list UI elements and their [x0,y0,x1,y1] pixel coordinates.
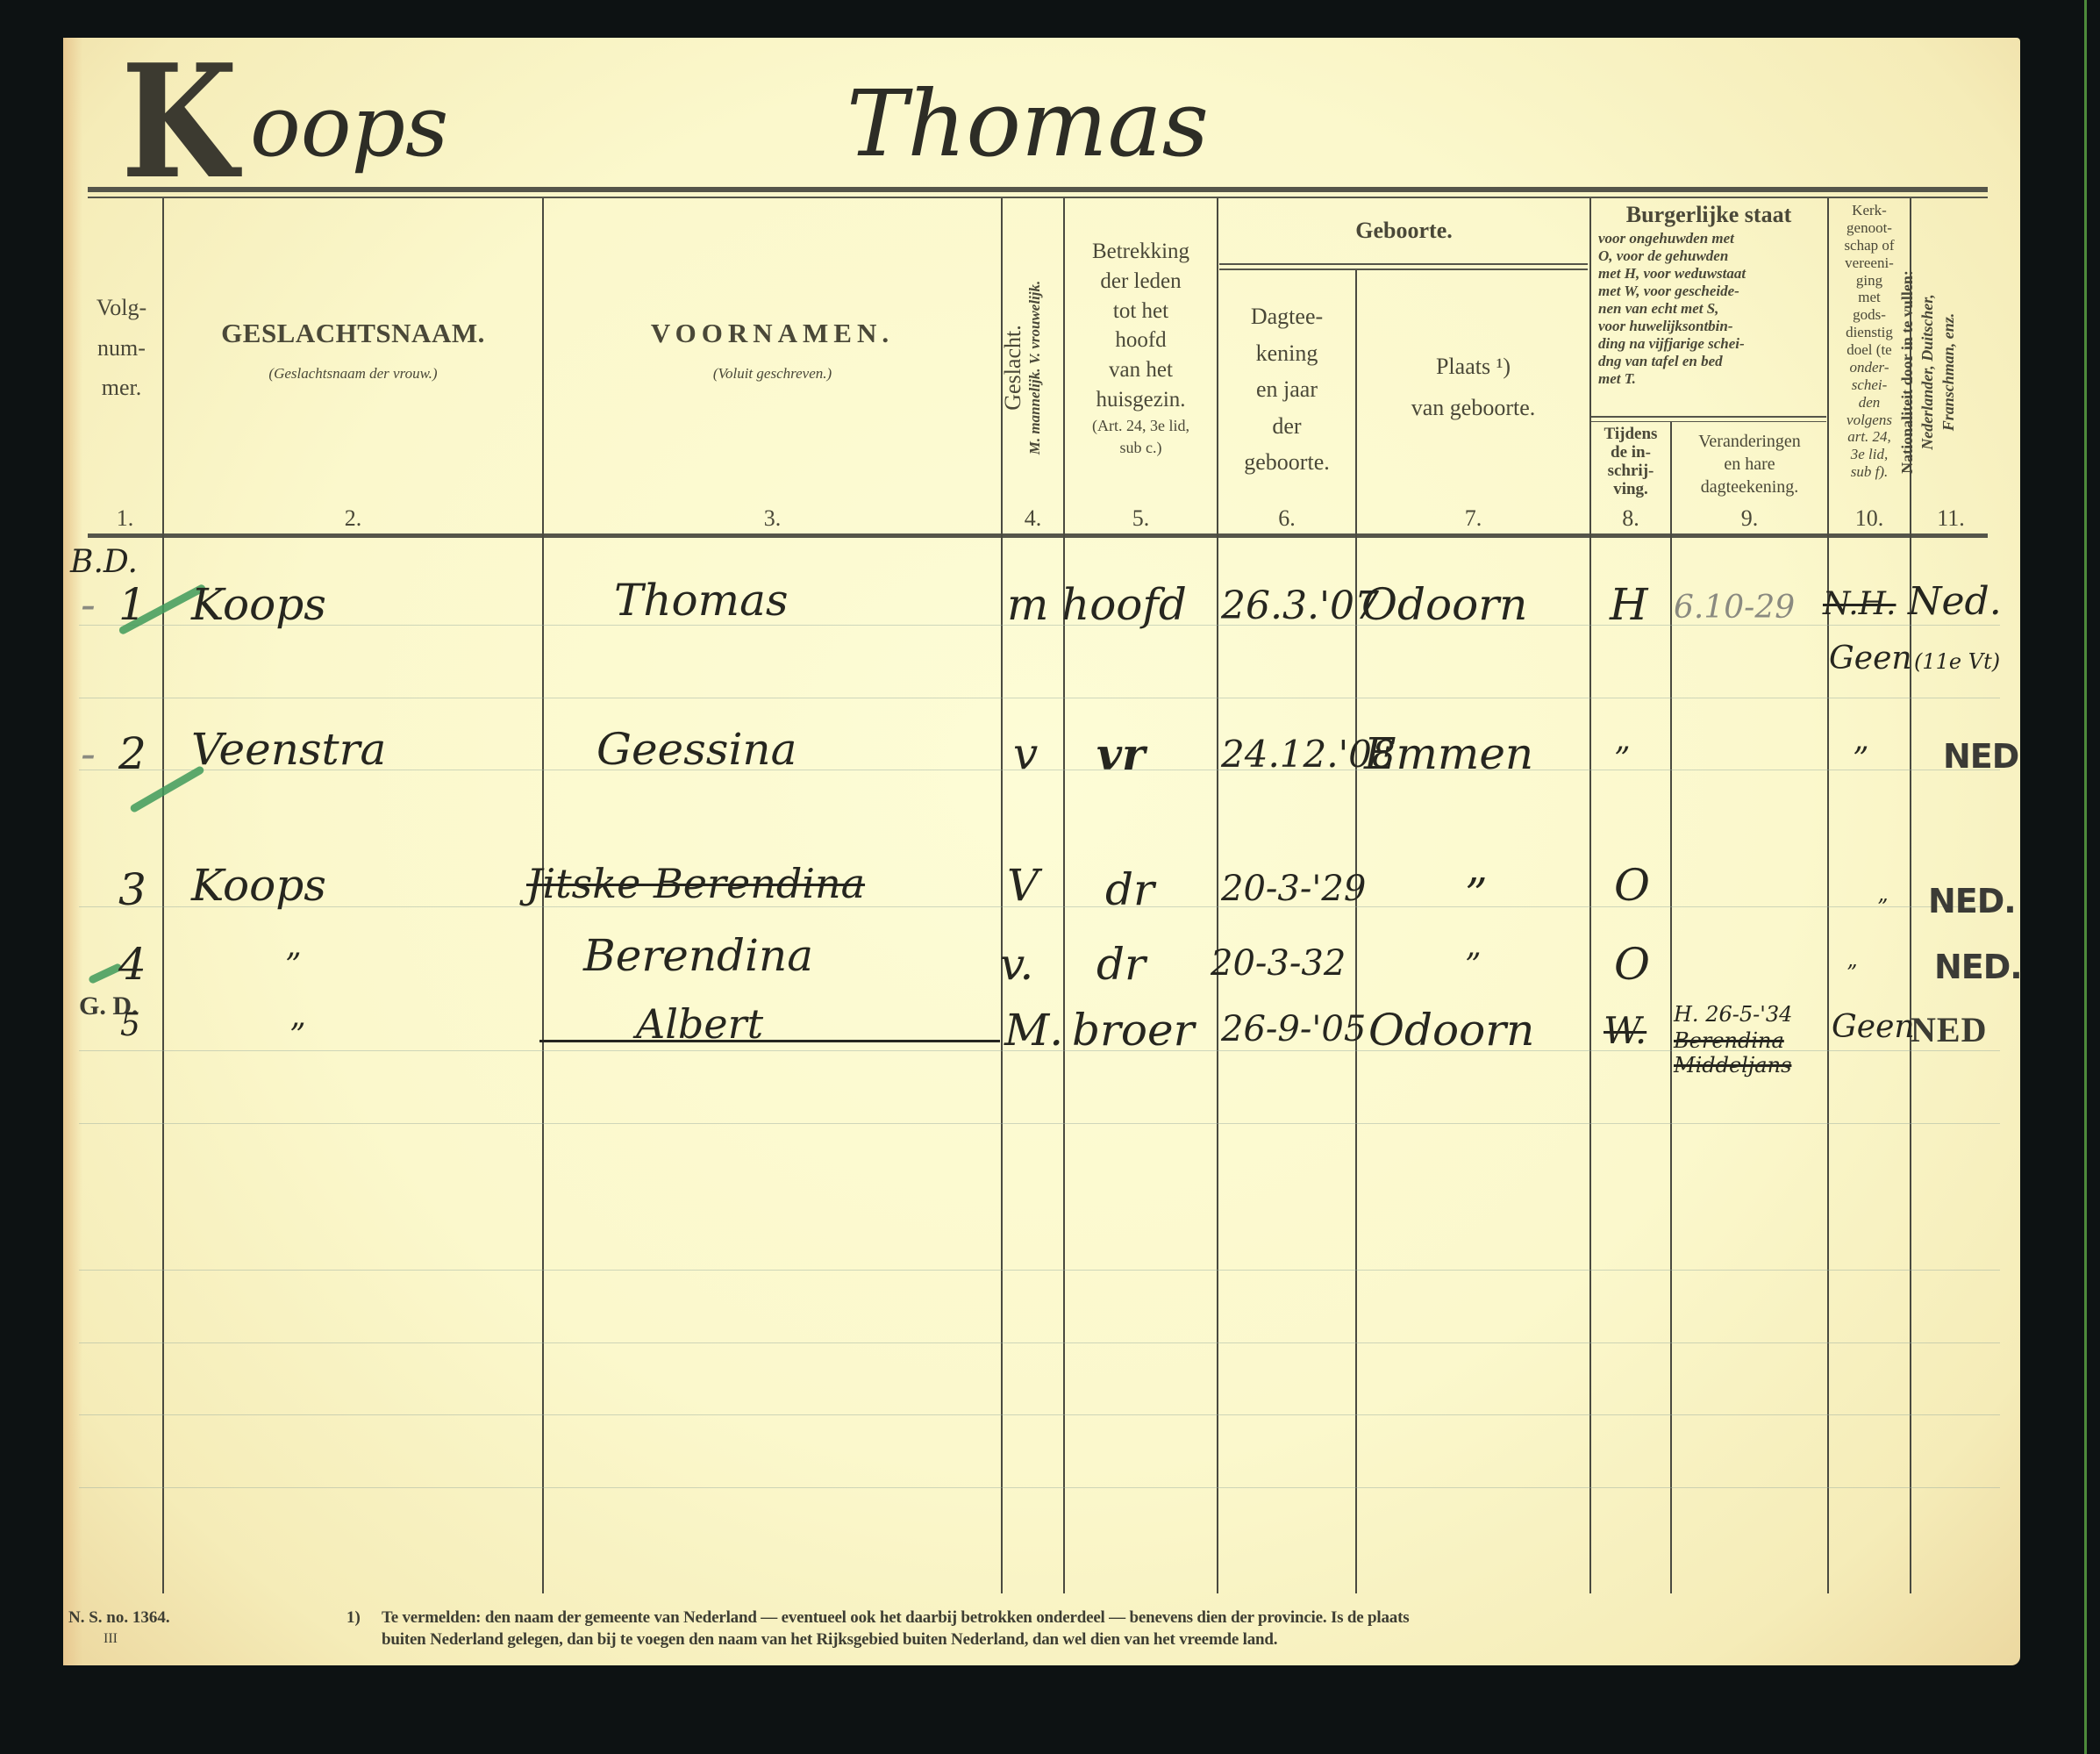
header-line: ving. [1591,481,1670,499]
header-betrekking-line: tot het [1065,297,1217,326]
row-rule [79,1414,2000,1415]
header-volgnummer-line: Volg- [81,288,162,328]
cell-voornamen: Thomas [614,575,789,626]
cell-voornamen: Geessina [596,724,796,775]
header-geslacht-title: Geslacht. [1000,205,1026,530]
header-geslachtsnaam-subtitle: (Geslachtsnaam der vrouw.) [164,365,542,383]
header-plaats-line: Plaats ¹) [1357,347,1589,388]
header-dagteekening-line: kening [1218,335,1355,372]
col-number-5: 5. [1065,505,1217,532]
desc-line: voor ongehuwden met [1598,230,1819,247]
header-plaats-line: van geboorte. [1357,388,1589,429]
cell-kerkgenootschap: ” [1846,961,1857,985]
cell-geslacht: m [1007,579,1048,630]
header-tijdens-inschrijving: Tijdens de in- schrij- ving. [1591,426,1670,499]
cell-volgnummer: 2 [118,728,146,779]
cell-geslacht: V [1007,860,1039,911]
header-line: Kerk- [1829,202,1910,219]
scan-edge-line [2084,0,2087,1754]
col-number-11: 11. [1911,505,1990,532]
header-betrekking-line: hoofd [1065,326,1217,355]
top-thin-rule [88,197,1988,198]
header-geslachtsnaam: GESLACHTSNAAM. (Geslachtsnaam der vrouw.… [164,318,542,382]
header-bottom-rule [88,533,1988,538]
col-line-8 [1670,421,1672,1593]
row-rule [79,1270,2000,1271]
cell-nationaliteit-note: (11e Vt) [1914,649,2000,674]
desc-line: O, voor de gehuwden [1598,247,1819,265]
col-number-8: 8. [1591,505,1670,532]
col-number-2: 2. [164,505,542,532]
cell-geboorteplaats: Odoorn [1368,1005,1534,1056]
cell-veranderingen-struck: Middeljans [1674,1053,1791,1077]
desc-line: met T. [1598,370,1819,388]
cell-volgnummer: 3 [118,864,146,915]
col-number-3: 3. [544,505,1001,532]
cell-geslachtsnaam: ” [289,1018,305,1054]
strike-line-albert [539,1040,1000,1042]
cell-geboorteplaats: Emmen [1364,728,1533,779]
cell-burgerlijke-staat: O [1614,860,1650,911]
header-geboorte-group: Geboorte. [1218,218,1589,244]
header-line: dagteekening. [1672,476,1827,498]
cell-veranderingen-struck: Berendina [1674,1028,1784,1053]
header-betrekking-line: van het [1065,355,1217,385]
cell-burgerlijke-staat: ” [1614,741,1630,777]
header-line: Tijdens [1591,426,1670,444]
header-betrekking-line: huisgezin. [1065,385,1217,415]
header-volgnummer-line: num- [81,328,162,369]
cell-volgnummer: 4 [118,939,146,990]
header-betrekking-line: der leden [1065,267,1217,297]
cell-betrekking: broer [1072,1005,1195,1056]
cell-geslacht: v [1013,728,1038,779]
header-line: Franschman, enz. [1939,227,1959,517]
col-number-1: 1. [88,505,162,532]
cell-nationaliteit: Ned. [1908,579,2002,624]
geboorte-subrule-a [1219,263,1588,265]
cell-betrekking: dr [1096,939,1146,990]
cell-voornamen: Berendina [583,930,813,981]
header-volgnummer-line: mer. [81,368,162,408]
row-prefix: - [81,579,96,630]
cell-kerkgenootschap: Geen [1832,1009,1915,1045]
cell-betrekking: dr [1105,864,1154,915]
col-line-1 [162,198,164,1593]
col-number-10: 10. [1829,505,1910,532]
footnote-marker: 1) [346,1607,361,1629]
cell-geslacht: v. [1000,939,1033,990]
header-betrekking-sub: sub c.) [1065,437,1217,459]
margin-note-bd: B.D. [70,544,138,580]
cell-geboortedatum: 20-3-'29 [1221,869,1366,909]
header-line: en hare [1672,453,1827,476]
header-line: Nationaliteit door in te vullen: [1897,227,1918,517]
col-number-6: 6. [1218,505,1355,532]
header-plaats: Plaats ¹) van geboorte. [1357,347,1589,429]
cell-burgerlijke-staat: O [1614,939,1650,990]
cell-burgerlijke-staat-struck: W. [1604,1009,1646,1052]
header-volgnummer: Volg- num- mer. [81,288,162,408]
header-geslacht-subtitle: M. mannelijk. V. vrouwelijk. [1026,205,1044,530]
header-betrekking-line: Betrekking [1065,237,1217,267]
burgerlijke-subrule-a [1591,416,1826,418]
header-voornamen-title: VOORNAMEN. [544,318,1001,349]
col-number-4: 4. [1003,505,1063,532]
cell-betrekking: hoofd [1061,579,1187,630]
row-rule [79,1487,2000,1488]
row-rule [79,1342,2000,1343]
cell-nationaliteit-stamp: NED [1911,1009,1987,1050]
row-rule [79,1123,2000,1124]
form-number: N. S. no. 1364. [68,1607,170,1629]
row-rule [79,698,2000,698]
desc-line: nen van echt met S, [1598,300,1819,318]
title-initial-letter: K [121,44,235,200]
desc-line: met W, voor gescheide- [1598,283,1819,300]
header-burgerlijke-staat-title: Burgerlijke staat [1591,202,1826,228]
top-thick-rule [88,187,1988,192]
cell-nationaliteit-stamp: NED [1943,737,2018,776]
header-dagteekening-line: en jaar [1218,371,1355,408]
cell-kerkgenootschap: ” [1877,895,1888,920]
cell-veranderingen: H. 26-5-'34 [1674,1002,1792,1027]
cell-voornamen-struck: Jitske Berendina [526,860,865,907]
header-betrekking-sub: (Art. 24, 3e lid, [1065,415,1217,437]
cell-kerkgenootschap: ” [1853,741,1868,777]
cell-geboorteplaats: Odoorn [1361,579,1527,630]
cell-volgnummer: 5 [120,1007,140,1043]
cell-geslacht: M. [1004,1005,1063,1056]
cell-geslachtsnaam: Veenstra [191,724,386,775]
header-dagteekening: Dagtee- kening en jaar der geboorte. [1218,298,1355,481]
header-voornamen-subtitle: (Voluit geschreven.) [544,365,1001,383]
col-number-9: 9. [1672,505,1827,532]
form-sub-number: III [104,1630,118,1649]
header-veranderingen: Veranderingen en hare dagteekening. [1672,430,1827,498]
cell-geslachtsnaam: ” [285,948,301,984]
cell-geboortedatum: 26.3.'07 [1221,583,1379,628]
desc-line: ding na vijfjarige schei- [1598,335,1819,353]
header-line: de in- [1591,444,1670,462]
header-betrekking: Betrekking der leden tot het hoofd van h… [1065,237,1217,459]
row-prefix: - [81,728,96,779]
cell-kerkgenootschap-note: Geen [1829,641,1912,677]
header-geslachtsnaam-title: GESLACHTSNAAM. [164,318,542,349]
cell-burgerlijke-staat: H [1610,579,1648,630]
header-geslacht: Geslacht. M. mannelijk. V. vrouwelijk. [1000,205,1061,530]
header-burgerlijke-staat: Burgerlijke staat voor ongehuwden met O,… [1591,202,1826,388]
footnote-line-2: buiten Nederland gelegen, dan bij te voe… [382,1629,1838,1651]
title-surname: oops [250,77,448,175]
header-burgerlijke-staat-desc: voor ongehuwden met O, voor de gehuwden … [1591,230,1826,388]
col-number-7: 7. [1357,505,1589,532]
header-nationaliteit: Nationaliteit door in te vullen: Nederla… [1897,227,1964,517]
cell-veranderingen: 6.10-29 [1674,590,1795,626]
cell-geboortedatum: 20-3-32 [1211,943,1346,984]
cell-geboorteplaats: ” [1465,948,1481,984]
header-voornamen: VOORNAMEN. (Voluit geschreven.) [544,318,1001,382]
header-dagteekening-line: Dagtee- [1218,298,1355,335]
footnote-text: Te vermelden: den naam der gemeente van … [382,1607,1838,1650]
footnote-line-1: Te vermelden: den naam der gemeente van … [382,1607,1838,1629]
cell-kerkgenootschap: N.H. [1823,586,1896,622]
cell-geboortedatum: 26-9-'05 [1221,1009,1366,1049]
cell-volgnummer: 1 [118,579,146,630]
geboorte-subrule-b [1219,268,1588,270]
cell-nationaliteit-stamp: NED. [1928,882,2016,920]
burgerlijke-subrule-b [1591,421,1826,422]
cell-nationaliteit-stamp: NED. [1934,948,2022,986]
row-rule [79,906,2000,907]
title-given-name: Thomas [846,70,1209,177]
header-dagteekening-line: der [1218,408,1355,445]
header-line: Veranderingen [1672,430,1827,453]
cell-betrekking: vr [1096,728,1145,780]
header-dagteekening-line: geboorte. [1218,444,1355,481]
cell-geboorteplaats: ” [1465,869,1488,920]
col-line-7 [1589,198,1591,1593]
header-line: Nederlander, Duitscher, [1918,227,1938,517]
desc-line: voor huwelijksontbin- [1598,318,1819,335]
cell-geslachtsnaam: Koops [191,579,326,630]
desc-line: met H, voor weduwstaat [1598,265,1819,283]
col-line-6 [1355,270,1357,1593]
cell-geslachtsnaam: Koops [191,860,326,911]
desc-line: dng van tafel en bed [1598,353,1819,370]
header-line: schrij- [1591,462,1670,481]
